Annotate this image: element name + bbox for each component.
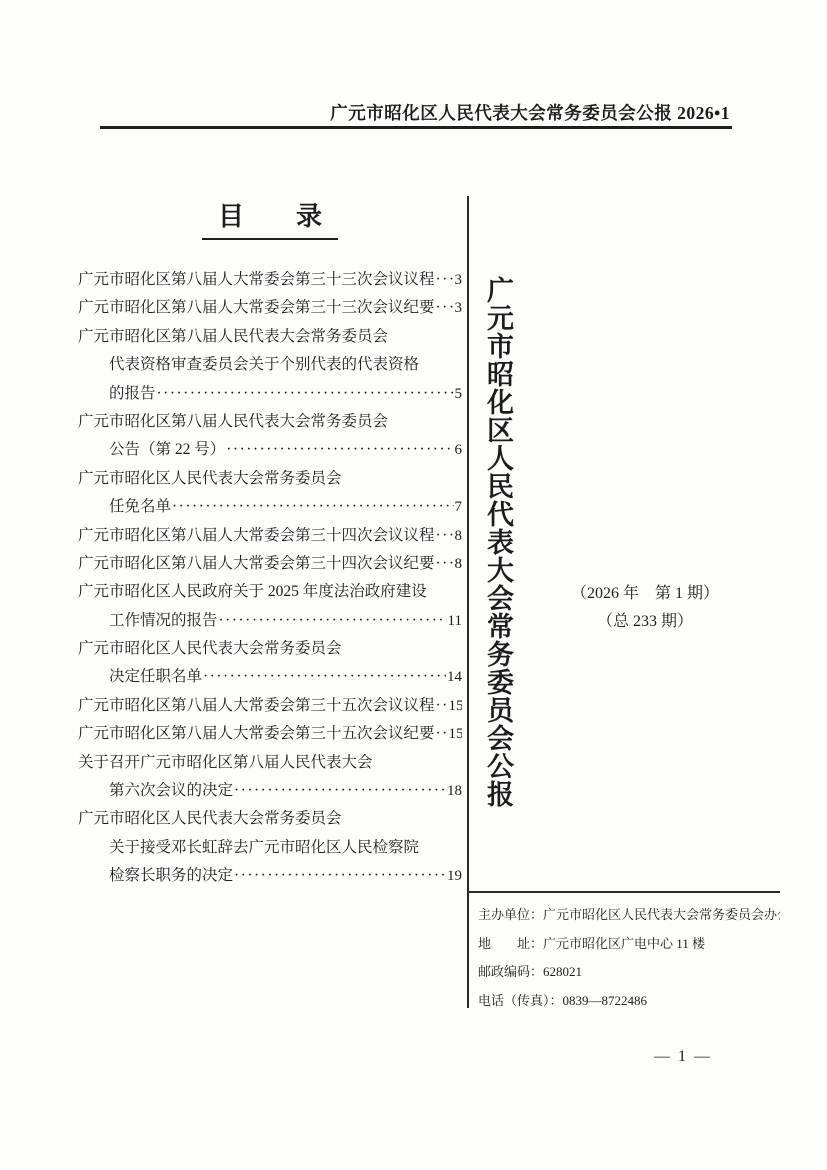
toc-title: 目 录 <box>202 196 338 240</box>
toc-entry: 广元市昭化区第八届人民代表大会常务委员会 <box>78 408 462 436</box>
toc-entry-text: 决定任职名单 <box>109 663 202 691</box>
toc-entry: 广元市昭化区第八届人大常委会第三十四次会议纪要·················… <box>78 550 462 578</box>
toc-page-number: 18 <box>447 777 462 805</box>
dot-leader: ········································… <box>436 294 454 322</box>
toc-entry: 广元市昭化区第八届人大常委会第三十五次会议纪要·················… <box>78 720 462 748</box>
table-of-contents: 目 录 广元市昭化区第八届人大常委会第三十三次会议议程·············… <box>78 196 462 891</box>
dot-leader: ········································… <box>203 663 446 691</box>
toc-page-number: 19 <box>447 862 462 890</box>
toc-entry-text: 任免名单 <box>109 493 171 521</box>
dot-leader: ········································… <box>436 692 448 720</box>
toc-entry: 广元市昭化区第八届人大常委会第三十三次会议议程·················… <box>78 266 462 294</box>
header-rule-divider <box>100 126 732 129</box>
toc-entry-text: 工作情况的报告 <box>109 607 218 635</box>
toc-entry: 广元市昭化区人民代表大会常务委员会 <box>78 635 462 663</box>
toc-page-number: 6 <box>455 436 463 464</box>
dot-leader: ········································… <box>172 493 453 521</box>
toc-list: 广元市昭化区第八届人大常委会第三十三次会议议程·················… <box>78 266 462 891</box>
publisher-line: 电话（传真）：0839—8722486 <box>478 987 780 1016</box>
toc-page-number: 3 <box>455 294 463 322</box>
toc-entry-text: 广元市昭化区第八届人大常委会第三十五次会议纪要 <box>78 720 435 748</box>
toc-entry-text: 广元市昭化区第八届人民代表大会常务委员会 <box>78 408 388 436</box>
toc-page-number: 8 <box>455 522 463 550</box>
toc-entry-text: 广元市昭化区第八届人大常委会第三十四次会议议程 <box>78 522 435 550</box>
publisher-line: 地 址：广元市昭化区广电中心 11 楼 <box>478 930 780 959</box>
footer-page-number: — 1 — <box>628 1048 738 1066</box>
toc-entry-text: 第六次会议的决定 <box>109 777 233 805</box>
toc-entry-text: 公告（第 22 号） <box>109 436 225 464</box>
toc-page-number: 11 <box>448 607 462 635</box>
toc-entry: 代表资格审查委员会关于个别代表的代表资格 <box>78 351 462 379</box>
dot-leader: ········································… <box>234 862 446 890</box>
dot-leader: ········································… <box>157 380 454 408</box>
dot-leader: ········································… <box>219 607 447 635</box>
toc-entry: 公告（第 22 号）······························… <box>78 436 462 464</box>
toc-entry: 第六次会议的决定································… <box>78 777 462 805</box>
toc-entry: 广元市昭化区第八届人大常委会第三十四次会议议程·················… <box>78 522 462 550</box>
toc-entry: 的报告·····································… <box>78 380 462 408</box>
toc-entry: 广元市昭化区第八届人民代表大会常务委员会 <box>78 323 462 351</box>
publisher-info-box: 主办单位：广元市昭化区人民代表大会常务委员会办公室地 址：广元市昭化区广电中心 … <box>468 891 780 1015</box>
toc-entry-text: 广元市昭化区第八届人大常委会第三十四次会议纪要 <box>78 550 435 578</box>
toc-entry: 检察长职务的决定································… <box>78 862 462 890</box>
toc-page-number: 14 <box>447 663 462 691</box>
toc-entry-text: 代表资格审查委员会关于个别代表的代表资格 <box>109 351 419 379</box>
toc-entry-text: 的报告 <box>109 380 156 408</box>
toc-page-number: 8 <box>455 550 463 578</box>
dot-leader: ········································… <box>436 266 454 294</box>
toc-entry: 关于接受邓长虹辞去广元市昭化区人民检察院 <box>78 834 462 862</box>
issue-number: （2026 年 第 1 期） <box>520 580 770 608</box>
toc-entry-text: 关于召开广元市昭化区第八届人民代表大会 <box>78 749 373 777</box>
toc-entry: 广元市昭化区人民政府关于 2025 年度法治政府建设 <box>78 578 462 606</box>
toc-entry-text: 广元市昭化区人民政府关于 2025 年度法治政府建设 <box>78 578 427 606</box>
column-divider-rule <box>467 196 469 1008</box>
dot-leader: ········································… <box>436 550 454 578</box>
toc-entry: 广元市昭化区人民代表大会常务委员会 <box>78 465 462 493</box>
dot-leader: ········································… <box>226 436 453 464</box>
toc-page-number: 7 <box>455 493 463 521</box>
toc-entry-text: 广元市昭化区第八届人大常委会第三十三次会议议程 <box>78 266 435 294</box>
publisher-line: 主办单位：广元市昭化区人民代表大会常务委员会办公室 <box>478 901 780 930</box>
dot-leader: ········································… <box>436 522 454 550</box>
toc-entry-text: 广元市昭化区人民代表大会常务委员会 <box>78 635 342 663</box>
toc-page-number: 5 <box>455 380 463 408</box>
toc-entry: 广元市昭化区第八届人大常委会第三十三次会议纪要·················… <box>78 294 462 322</box>
masthead-running-head: 广元市昭化区人民代表大会常务委员会公报 2026•1 <box>330 100 730 125</box>
toc-entry-text: 广元市昭化区第八届人大常委会第三十五次会议议程 <box>78 692 435 720</box>
toc-page-number: 15 <box>449 720 462 748</box>
toc-entry: 广元市昭化区人民代表大会常务委员会 <box>78 805 462 833</box>
toc-entry-text: 关于接受邓长虹辞去广元市昭化区人民检察院 <box>109 834 419 862</box>
toc-entry-text: 广元市昭化区第八届人大常委会第三十三次会议纪要 <box>78 294 435 322</box>
toc-entry: 工作情况的报告·································… <box>78 607 462 635</box>
toc-entry-text: 广元市昭化区人民代表大会常务委员会 <box>78 805 342 833</box>
toc-page-number: 3 <box>455 266 463 294</box>
toc-entry-text: 检察长职务的决定 <box>109 862 233 890</box>
toc-page-number: 15 <box>449 692 462 720</box>
toc-entry-text: 广元市昭化区第八届人民代表大会常务委员会 <box>78 323 388 351</box>
toc-entry: 关于召开广元市昭化区第八届人民代表大会 <box>78 749 462 777</box>
publisher-line: 邮政编码：628021 <box>478 958 780 987</box>
dot-leader: ········································… <box>436 720 448 748</box>
toc-title-wrap: 目 录 <box>78 196 462 240</box>
toc-entry-text: 广元市昭化区人民代表大会常务委员会 <box>78 465 342 493</box>
issue-info: （2026 年 第 1 期） （总 233 期） <box>520 580 770 636</box>
toc-entry: 任免名单····································… <box>78 493 462 521</box>
dot-leader: ········································… <box>234 777 446 805</box>
toc-entry: 广元市昭化区第八届人大常委会第三十五次会议议程·················… <box>78 692 462 720</box>
toc-entry: 决定任职名单··································… <box>78 663 462 691</box>
gazette-vertical-title: 广元市昭化区人民代表大会常务委员会公报 <box>480 276 516 821</box>
issue-total: （总 233 期） <box>520 608 770 636</box>
